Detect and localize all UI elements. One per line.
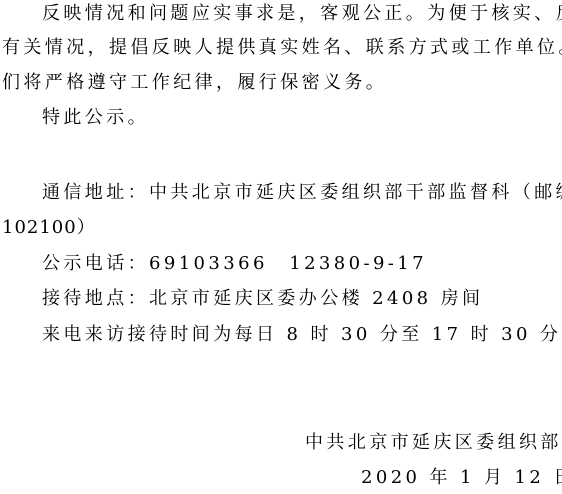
reception-place: 接待地点：北京市延庆区委办公楼 2408 房间: [42, 288, 483, 310]
reception-hours: 来电来访接待时间为每日 8 时 30 分至 17 时 30 分: [42, 324, 561, 346]
paragraph-line: 有关情况，提倡反映人提供真实姓名、联系方式或工作单位。我: [2, 37, 562, 59]
mailing-address: 通信地址：中共北京市延庆区委组织部干部监督科（邮编：: [42, 182, 562, 204]
paragraph-line: 们将严格遵守工作纪律，履行保密义务。: [2, 72, 387, 94]
paragraph-line: 反映情况和问题应实事求是，客观公正。为便于核实、反馈: [42, 3, 562, 25]
notice-document: 反映情况和问题应实事求是，客观公正。为便于核实、反馈 有关情况，提倡反映人提供真…: [0, 0, 562, 494]
closing-statement: 特此公示。: [42, 107, 149, 129]
signature-date: 2020 年 1 月 12 日: [361, 467, 562, 489]
postal-code: 102100）: [2, 217, 96, 239]
phone-numbers: 公示电话：69103366 12380-9-17: [42, 253, 427, 275]
signature-organization: 中共北京市延庆区委组织部: [305, 432, 562, 454]
